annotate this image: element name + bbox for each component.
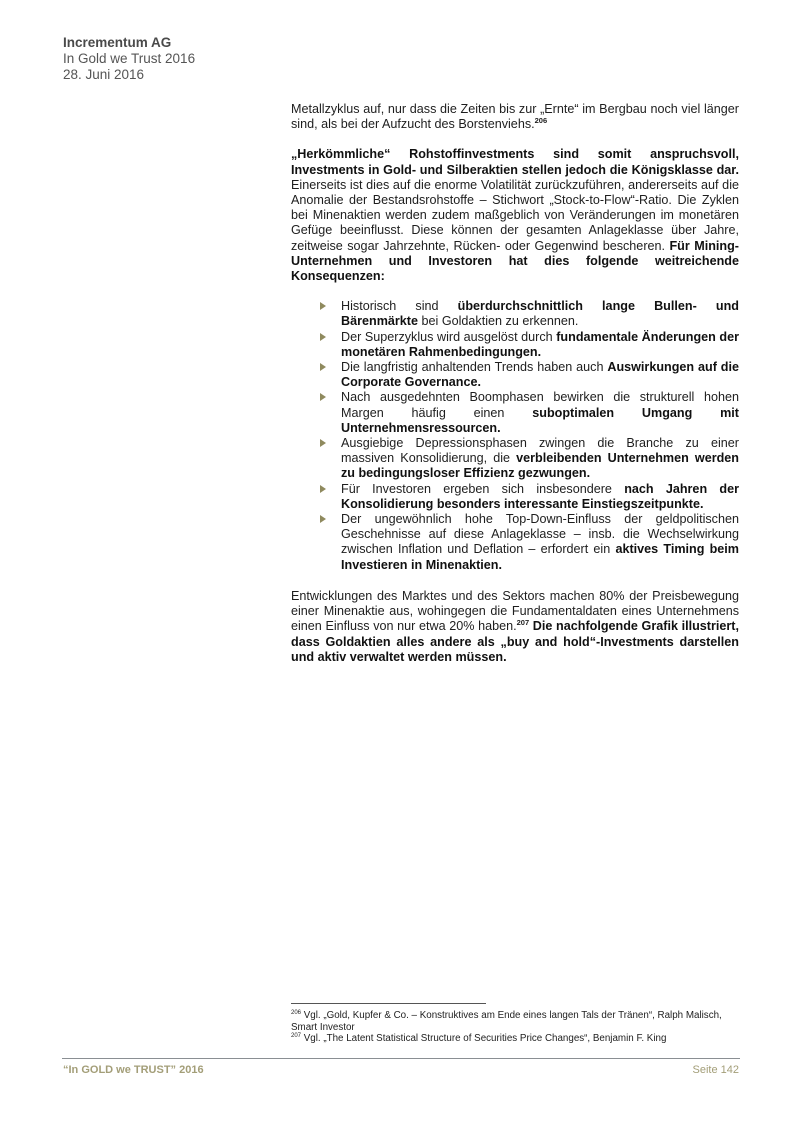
footnote-ref-207[interactable]: 207: [517, 618, 530, 627]
paragraph-3: Entwicklungen des Marktes und des Sektor…: [291, 589, 739, 665]
list-item: Die langfristig anhaltenden Trends haben…: [341, 360, 739, 390]
list-item: Ausgiebige Depressionsphasen zwingen die…: [341, 436, 739, 482]
triangle-bullet-icon: [320, 439, 326, 447]
publication-date: 28. Juni 2016: [63, 67, 195, 83]
triangle-bullet-icon: [320, 333, 326, 341]
footnote-206: 206 Vgl. „Gold, Kupfer & Co. – Konstrukt…: [291, 1010, 741, 1033]
footer-publication: “In GOLD we TRUST” 2016: [63, 1064, 204, 1076]
footer-divider: [62, 1058, 740, 1059]
list-item-text: Der Superzyklus wird ausgelöst durch: [341, 330, 556, 344]
publication-title: In Gold we Trust 2016: [63, 51, 195, 67]
triangle-bullet-icon: [320, 485, 326, 493]
company-name: Incrementum AG: [63, 35, 195, 51]
triangle-bullet-icon: [320, 363, 326, 371]
footnote-number: 206: [291, 1010, 301, 1016]
page-number: Seite 142: [693, 1064, 739, 1076]
list-item: Für Investoren ergeben sich insbesondere…: [341, 482, 739, 512]
paragraph-2: „Herkömmliche“ Rohstoffinvestments sind …: [291, 147, 739, 284]
list-item: Der Superzyklus wird ausgelöst durch fun…: [341, 330, 739, 360]
footnotes: 206 Vgl. „Gold, Kupfer & Co. – Konstrukt…: [291, 1010, 741, 1045]
footnote-207: 207 Vgl. „The Latent Statistical Structu…: [291, 1033, 741, 1045]
triangle-bullet-icon: [320, 515, 326, 523]
footnote-text: Vgl. „Gold, Kupfer & Co. – Konstruktives…: [291, 1010, 722, 1033]
paragraph-text: Metallzyklus auf, nur dass die Zeiten bi…: [291, 102, 739, 131]
main-content: Metallzyklus auf, nur dass die Zeiten bi…: [291, 102, 739, 680]
triangle-bullet-icon: [320, 393, 326, 401]
consequences-list: Historisch sind überdurchschnittlich lan…: [291, 299, 739, 573]
list-item: Historisch sind überdurchschnittlich lan…: [341, 299, 739, 329]
footnote-ref-206[interactable]: 206: [535, 116, 548, 125]
list-item-text: Historisch sind: [341, 299, 458, 313]
list-item: Nach ausgedehnten Boomphasen bewirken di…: [341, 390, 739, 436]
triangle-bullet-icon: [320, 302, 326, 310]
page-header: Incrementum AG In Gold we Trust 2016 28.…: [63, 35, 195, 83]
paragraph-bold-lead: „Herkömmliche“ Rohstoffinvestments sind …: [291, 147, 739, 176]
list-item: Der ungewöhnlich hohe Top-Down-Einfluss …: [341, 512, 739, 573]
list-item-text: Die langfristig anhaltenden Trends haben…: [341, 360, 607, 374]
footnote-divider: [291, 1003, 486, 1004]
list-item-text: Für Investoren ergeben sich insbesondere: [341, 482, 624, 496]
footnote-number: 207: [291, 1033, 301, 1039]
footnote-text: Vgl. „The Latent Statistical Structure o…: [301, 1033, 666, 1044]
paragraph-1: Metallzyklus auf, nur dass die Zeiten bi…: [291, 102, 739, 132]
list-item-text: bei Goldaktien zu erkennen.: [418, 314, 578, 328]
